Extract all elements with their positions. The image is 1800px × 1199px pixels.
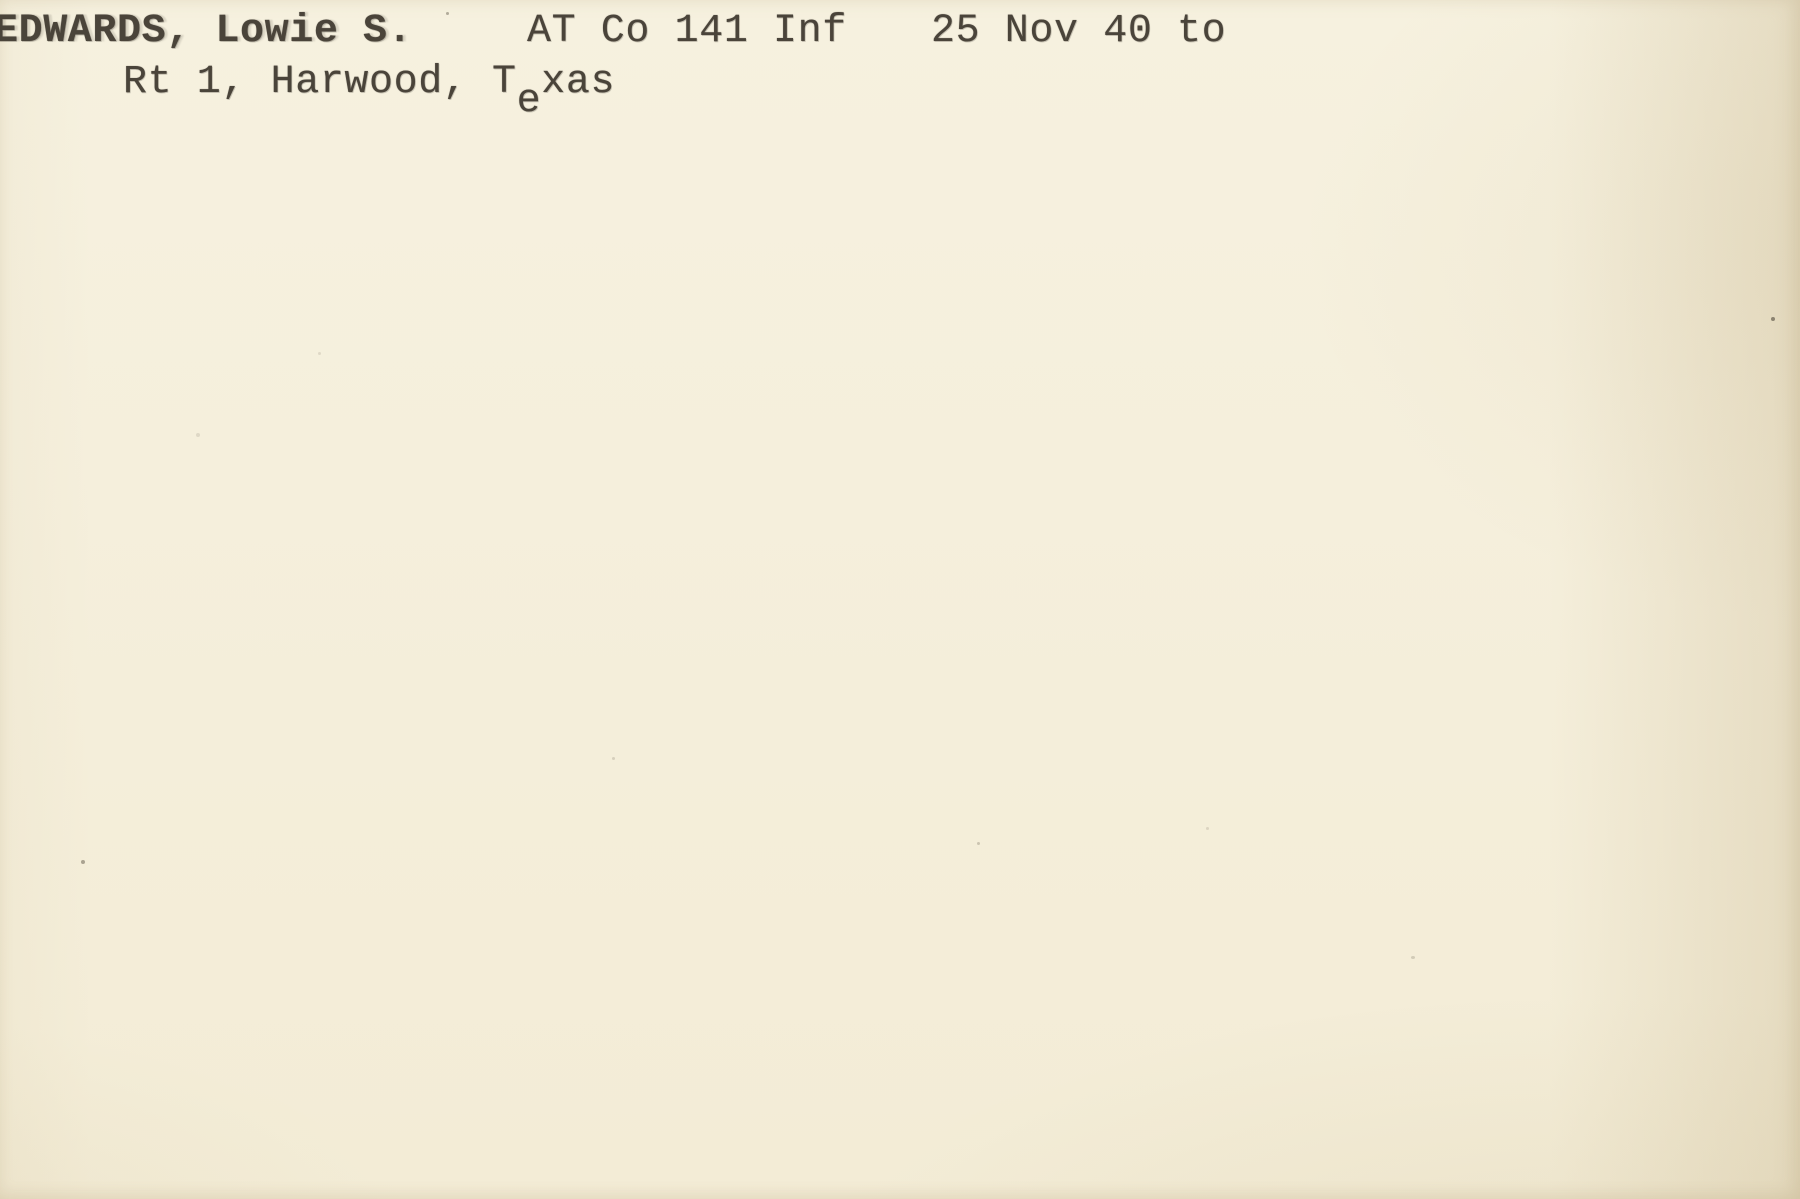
paper-speck xyxy=(196,433,200,437)
dropped-letter-e: e xyxy=(517,82,542,122)
address-end: xas xyxy=(541,60,615,105)
paper-speck xyxy=(81,860,85,864)
unit-assignment: AT Co 141 Inf xyxy=(527,12,847,52)
paper-speck xyxy=(612,757,615,760)
paper-speck xyxy=(977,842,980,845)
service-date: 25 Nov 40 to xyxy=(931,12,1226,52)
address-start: Rt 1, Harwood, T xyxy=(123,60,517,105)
paper-speck xyxy=(318,352,321,355)
paper-speck xyxy=(446,12,449,15)
typed-line-2: Rt 1, Harwood, Texas xyxy=(0,63,1800,107)
home-address: Rt 1, Harwood, Texas xyxy=(123,63,615,103)
index-card: EDWARDS, Lowie S. EDWARDS, Lowie S. AT C… xyxy=(0,0,1800,1199)
paper-speck xyxy=(1411,956,1415,959)
serviceman-name: EDWARDS, Lowie S. xyxy=(0,12,412,52)
paper-speck xyxy=(1206,827,1209,830)
typed-line-1: EDWARDS, Lowie S. EDWARDS, Lowie S. AT C… xyxy=(0,12,1800,56)
paper-speck xyxy=(1771,317,1775,321)
